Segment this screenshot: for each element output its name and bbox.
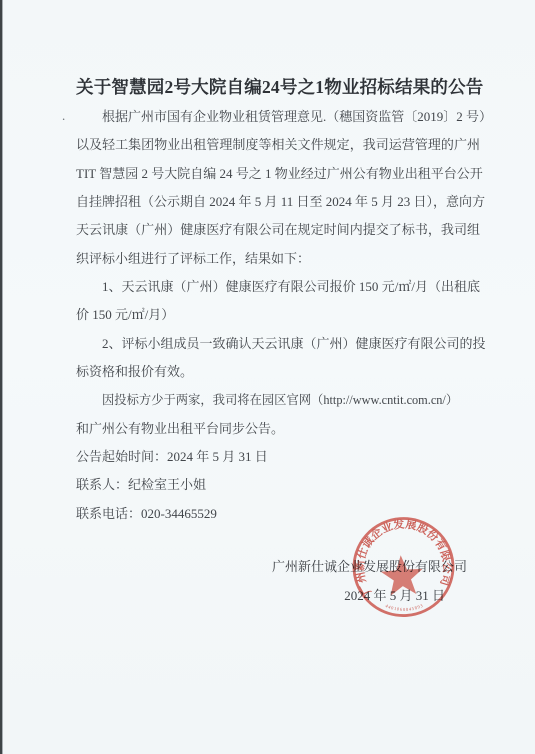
body-line: 天云讯康（广州）健康医疗有限公司在规定时间内提交了标书，我司组 [76, 216, 480, 244]
svg-text:4401060045893: 4401060045893 [384, 600, 424, 613]
company-seal-stamp: 广州新仕诚企业发展股份有限公司 4401060045893 [347, 510, 460, 623]
scan-speck: . [62, 108, 65, 124]
document-body: 关于智慧园2号大院自编24号之1物业招标结果的公告 根据广州市国有企业物业租赁管… [76, 74, 480, 528]
evaluation-line: 标资格和报价有效。 [76, 358, 480, 386]
bid-price-line: 1、天云讯康（广州）健康医疗有限公司报价 150 元/㎡/月（出租底 [76, 273, 480, 301]
scan-edge-line [0, 0, 3, 754]
announcement-title: 关于智慧园2号大院自编24号之1物业招标结果的公告 [76, 74, 480, 101]
seal-graphic: 广州新仕诚企业发展股份有限公司 4401060045893 [347, 510, 460, 623]
contact-person-line: 联系人：纪检室王小姐 [76, 471, 480, 499]
body-line: 织评标小组进行了评标工作，结果如下： [76, 245, 480, 273]
body-line: 根据广州市国有企业物业租赁管理意见.（穗国资监管〔2019〕2 号） [76, 103, 480, 131]
body-line: 以及轻工集团物业出租管理制度等相关文件规定，我司运营管理的广州 [76, 131, 480, 159]
website-line: 因投标方少于两家，我司将在园区官网（http://www.cntit.com.c… [76, 386, 480, 414]
announcement-date-line: 公告起始时间：2024 年 5 月 31 日 [76, 443, 480, 471]
announcement-text: 根据广州市国有企业物业租赁管理意见.（穗国资监管〔2019〕2 号） 以及轻工集… [76, 103, 480, 528]
star-icon [380, 554, 424, 597]
body-line: 自挂牌招租（公示期自 2024 年 5 月 11 日至 2024 年 5 月 2… [76, 188, 480, 216]
body-line: 和广州公有物业出租平台同步公告。 [76, 415, 480, 443]
evaluation-line: 2、评标小组成员一致确认天云讯康（广州）健康医疗有限公司的投 [76, 330, 480, 358]
bid-price-line: 价 150 元/㎡/月） [76, 301, 480, 329]
seal-code-text: 4401060045893 [384, 600, 424, 613]
scanned-announcement-page: . 关于智慧园2号大院自编24号之1物业招标结果的公告 根据广州市国有企业物业租… [0, 0, 535, 754]
body-line: TIT 智慧园 2 号大院自编 24 号之 1 物业经过广州公有物业出租平台公开 [76, 160, 480, 188]
